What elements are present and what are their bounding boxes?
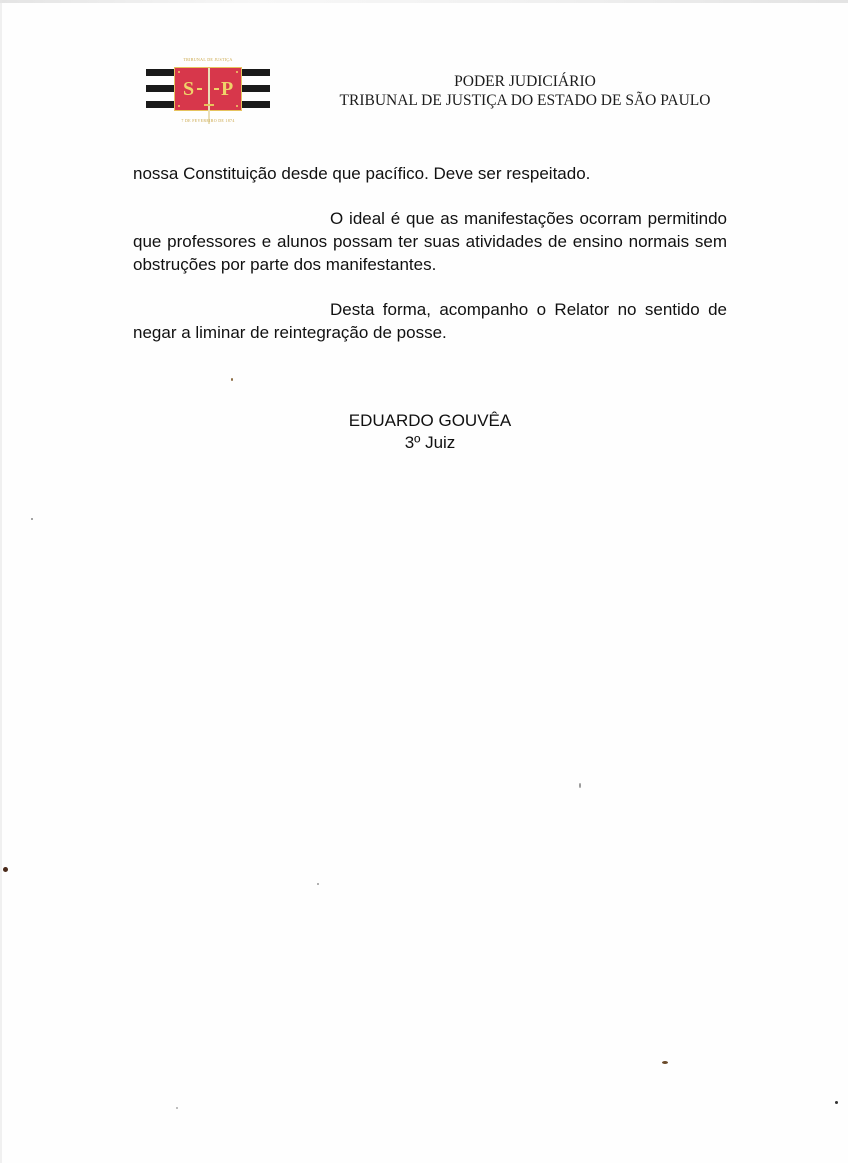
paragraph-1: nossa Constituição desde que pacífico. D…: [133, 162, 727, 185]
signer-role: 3º Juiz: [280, 432, 580, 454]
logo-letter-s: S: [183, 79, 194, 99]
scan-speck: [317, 883, 319, 885]
paragraph-2: O ideal é que as manifestações ocorram p…: [133, 207, 727, 276]
star-icon: [236, 105, 238, 107]
logo-letter-p: P: [221, 79, 233, 99]
logo-stripe: [146, 101, 174, 108]
logo-dash: [214, 88, 219, 90]
star-icon: [178, 71, 180, 73]
scan-speck: [835, 1101, 838, 1104]
logo-stripe: [242, 69, 270, 76]
letterhead-line-1: PODER JUDICIÁRIO: [300, 72, 750, 91]
star-icon: [236, 71, 238, 73]
paragraph-text: O ideal é que as manifestações ocorram p…: [133, 207, 727, 276]
signer-name: EDUARDO GOUVÊA: [280, 410, 580, 432]
logo-stripe: [146, 69, 174, 76]
star-icon: [178, 105, 180, 107]
letterhead-line-2: TRIBUNAL DE JUSTIÇA DO ESTADO DE SÃO PAU…: [300, 91, 750, 110]
logo-bottom-text: 7 DE FEVEREIRO DE 1874: [146, 118, 270, 123]
scan-speck: [579, 783, 581, 788]
sword-icon: [208, 68, 210, 124]
logo-stripe: [146, 85, 174, 92]
paragraph-3: Desta forma, acompanho o Relator no sent…: [133, 298, 727, 344]
court-emblem-logo: TRIBUNAL DE JUSTIÇA S P 7 DE FEVEREIRO D…: [146, 56, 270, 126]
scan-edge-top: [0, 0, 848, 3]
signature-block: EDUARDO GOUVÊA 3º Juiz: [280, 410, 580, 454]
scan-speck: [231, 378, 233, 381]
logo-top-text: TRIBUNAL DE JUSTIÇA: [146, 57, 270, 62]
paragraph-text: Desta forma, acompanho o Relator no sent…: [133, 298, 727, 344]
letterhead: PODER JUDICIÁRIO TRIBUNAL DE JUSTIÇA DO …: [300, 72, 750, 110]
scan-speck: [31, 518, 33, 520]
scan-speck: [176, 1107, 178, 1109]
scan-edge-left: [0, 0, 2, 1163]
logo-shield: S P: [174, 67, 242, 111]
scan-speck: [3, 867, 8, 872]
paragraph-text: nossa Constituição desde que pacífico. D…: [133, 162, 727, 185]
logo-stripe: [242, 85, 270, 92]
logo-stripe: [242, 101, 270, 108]
sword-hilt-icon: [204, 104, 214, 106]
scan-speck: [662, 1061, 668, 1064]
logo-dash: [197, 88, 202, 90]
